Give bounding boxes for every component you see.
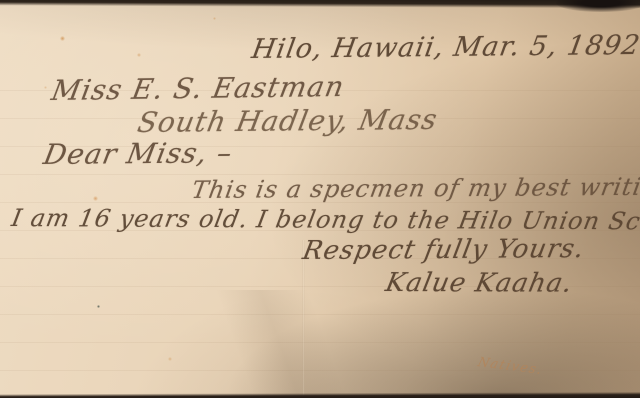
letter-date-line: Hilo, Hawaii, Mar. 5, 1892.	[249, 30, 640, 65]
letter-address-city: South Hadley, Mass	[135, 103, 440, 139]
table-edge-bottom	[0, 392, 640, 398]
page-curve-shading	[150, 290, 410, 398]
foxing-spot	[44, 86, 47, 89]
foxing-spot	[137, 53, 141, 57]
letter-closing: Respect fully Yours.	[300, 234, 587, 266]
foxing-spot	[93, 196, 98, 201]
ink-speck	[97, 305, 100, 308]
letter-addressee-line: Miss E. S. Eastman	[49, 70, 347, 107]
foxing-spot	[213, 17, 216, 20]
letter-page: Hilo, Hawaii, Mar. 5, 1892. Miss E. S. E…	[0, 0, 640, 398]
foxing-spot	[60, 36, 65, 41]
letter-salutation: Dear Miss, –	[41, 136, 236, 171]
letter-photo: Hilo, Hawaii, Mar. 5, 1892. Miss E. S. E…	[0, 0, 640, 398]
letter-body-line-1: This is a specmen of my best writing	[190, 173, 640, 204]
foxing-spot	[168, 357, 172, 361]
letter-signature: Kalue Kaaha.	[383, 268, 575, 299]
letter-body-line-2: I am 16 years old. I belong to the Hilo …	[9, 204, 640, 236]
